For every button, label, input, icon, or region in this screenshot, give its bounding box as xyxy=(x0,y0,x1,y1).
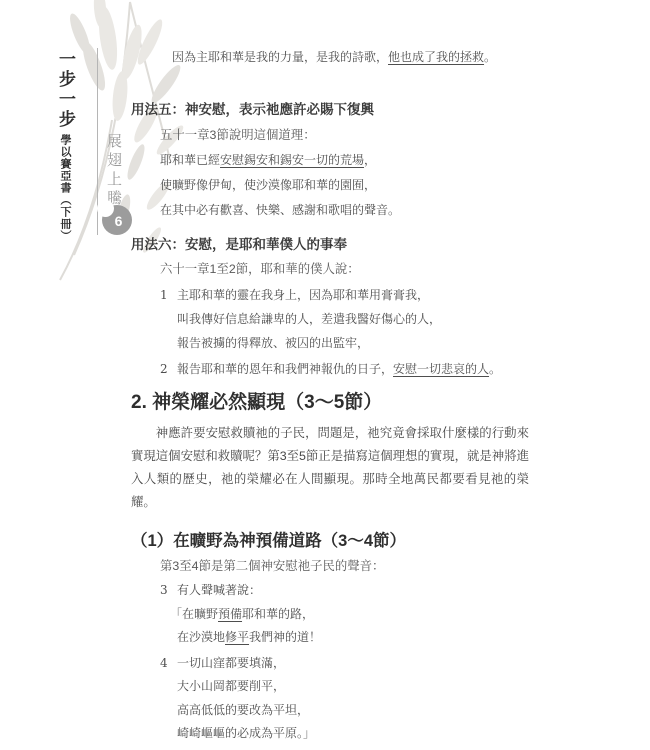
text-run: 使曠野像伊甸，使沙漠像耶和華的園囿， xyxy=(160,178,376,192)
text-run: 大小山岡都要削平， xyxy=(177,679,285,693)
verse-line: 報告被擄的得釋放、被囚的出監牢， xyxy=(160,331,529,355)
series-title: 一步一步 xyxy=(55,50,75,130)
usage5-intro: 五十一章3節說明這個道理： xyxy=(131,126,529,144)
badge-crescent-cutout xyxy=(97,200,114,217)
underlined-phrase: 安慰錫安和錫安一切的荒場 xyxy=(220,153,364,167)
text-run: 一切山窪都要填滿， xyxy=(177,656,285,670)
verse-text: 報告耶和華的恩年和我們神報仇的日子，安慰一切悲哀的人。 xyxy=(177,362,501,376)
text-run: 崎崎嶇嶇的必成為平原。」 xyxy=(177,726,315,740)
text-run: 在沙漠地 xyxy=(177,630,225,644)
verse-line: 3有人聲喊著說： xyxy=(160,579,529,603)
verse-line: 高高低低的要改為平坦， xyxy=(160,699,529,723)
text-run: 。 xyxy=(489,362,501,376)
verse-text: 一切山窪都要填滿， xyxy=(177,656,285,670)
section2-heading: 2. 神榮耀必然顯現（3～5節） xyxy=(131,391,529,415)
text-run: 我們神的道！ xyxy=(249,630,321,644)
verse-line: 1主耶和華的靈在我身上，因為耶和華用膏膏我， xyxy=(160,283,529,307)
verse-line: 4一切山窪都要填滿， xyxy=(160,652,529,676)
verse-number: 2 xyxy=(160,357,177,381)
text-run: 在其中必有歡喜、快樂、感謝和歌唱的聲音。 xyxy=(160,203,400,217)
verse-number: 3 xyxy=(160,579,177,603)
sidebar-tagline: 展翅上騰 xyxy=(104,133,125,209)
verse-block: 1主耶和華的靈在我身上，因為耶和華用膏膏我，叫我傳好信息給謙卑的人，差遣我醫好傷… xyxy=(160,283,529,355)
chapter-number-badge: 6 xyxy=(102,205,132,235)
main-text-column: 因為主耶和華是我的力量，是我的詩歌，他也成了我的拯救。 用法五：神安慰，表示祂應… xyxy=(131,0,529,746)
verse-block: 2報告耶和華的恩年和我們神報仇的日子，安慰一切悲哀的人。 xyxy=(160,357,529,381)
verse-line: 崎崎嶇嶇的必成為平原。」 xyxy=(160,722,529,746)
book-page: 一步一步學以賽亞書（下冊） 展翅上騰 6 因為主耶和華是我的力量，是我的詩歌，他… xyxy=(0,0,650,750)
text-run: 「在曠野 xyxy=(170,607,218,621)
verse-number: 4 xyxy=(160,652,177,676)
usage6-intro: 六十一章1至2節，耶和華的僕人說： xyxy=(131,260,529,278)
underlined-phrase: 預備 xyxy=(218,607,242,621)
subsection1-intro: 第3至4節是第二個神安慰祂子民的聲音： xyxy=(131,557,529,575)
underlined-phrase: 安慰一切悲哀的人 xyxy=(393,362,489,376)
text-run: 因為主耶和華是我的力量，是我的詩歌， xyxy=(172,50,388,64)
verse-block: 4一切山窪都要填滿，大小山岡都要削平，高高低低的要改為平坦，崎崎嶇嶇的必成為平原… xyxy=(160,652,529,746)
usage5-heading: 用法五：神安慰，表示祂應許必賜下復興 xyxy=(131,101,529,119)
verse-line: 在沙漠地修平我們神的道！ xyxy=(160,626,529,650)
scripture-line: 使曠野像伊甸，使沙漠像耶和華的園囿， xyxy=(160,173,529,198)
isaiah-61-verses: 1主耶和華的靈在我身上，因為耶和華用膏膏我，叫我傳好信息給謙卑的人，差遣我醫好傷… xyxy=(131,283,529,381)
verse-text: 大小山岡都要削平， xyxy=(177,679,285,693)
text-run: 報告耶和華的恩年和我們神報仇的日子， xyxy=(177,362,393,376)
text-run: 耶和華已經 xyxy=(160,153,220,167)
usage6-heading: 用法六：安慰，是耶和華僕人的事奉 xyxy=(131,236,529,254)
text-run: 。 xyxy=(484,50,496,64)
verse-block: 3有人聲喊著說：「在曠野預備耶和華的路，在沙漠地修平我們神的道！ xyxy=(160,579,529,650)
underlined-phrase: 修平 xyxy=(225,630,249,644)
verse-text: 在沙漠地修平我們神的道！ xyxy=(177,630,321,644)
verse-number: 1 xyxy=(160,283,177,307)
verse-line: 「在曠野預備耶和華的路， xyxy=(160,603,529,627)
verse-text: 叫我傳好信息給謙卑的人，差遣我醫好傷心的人， xyxy=(177,312,441,326)
text-run: 高高低低的要改為平坦， xyxy=(177,703,309,717)
chapter-number: 6 xyxy=(115,213,123,229)
isaiah-40-verses: 3有人聲喊著說：「在曠野預備耶和華的路，在沙漠地修平我們神的道！4一切山窪都要填… xyxy=(131,579,529,746)
text-run: 耶和華的路， xyxy=(242,607,314,621)
text-run: 叫我傳好信息給謙卑的人，差遣我醫好傷心的人， xyxy=(177,312,441,326)
verse-text: 報告被擄的得釋放、被囚的出監牢， xyxy=(177,336,369,350)
usage5-scripture-quote: 耶和華已經安慰錫安和錫安一切的荒場，使曠野像伊甸，使沙漠像耶和華的園囿，在其中必… xyxy=(131,148,529,223)
verse-line: 大小山岡都要削平， xyxy=(160,675,529,699)
text-run: 有人聲喊著說： xyxy=(177,583,261,597)
epigraph-quote: 因為主耶和華是我的力量，是我的詩歌，他也成了我的拯救。 xyxy=(131,49,529,65)
scripture-line: 耶和華已經安慰錫安和錫安一切的荒場， xyxy=(160,148,529,173)
verse-text: 主耶和華的靈在我身上，因為耶和華用膏膏我， xyxy=(177,288,429,302)
underlined-phrase: 他也成了我的拯救 xyxy=(388,50,484,64)
verse-line: 2報告耶和華的恩年和我們神報仇的日子，安慰一切悲哀的人。 xyxy=(160,357,529,381)
text-run: 主耶和華的靈在我身上，因為耶和華用膏膏我， xyxy=(177,288,429,302)
sidebar-book-title: 一步一步學以賽亞書（下冊） xyxy=(50,50,78,245)
text-run: 報告被擄的得釋放、被囚的出監牢， xyxy=(177,336,369,350)
verse-text: 高高低低的要改為平坦， xyxy=(177,703,309,717)
scripture-line: 在其中必有歡喜、快樂、感謝和歌唱的聲音。 xyxy=(160,198,529,223)
verse-line: 叫我傳好信息給謙卑的人，差遣我醫好傷心的人， xyxy=(160,307,529,331)
section2-paragraph: 神應許要安慰救贖祂的子民，問題是，祂究竟會採取什麼樣的行動來實現這個安慰和救贖呢… xyxy=(131,422,529,514)
text-run: ， xyxy=(364,153,376,167)
verse-text: 有人聲喊著說： xyxy=(177,583,261,597)
book-subtitle: 學以賽亞書（下冊） xyxy=(59,134,72,242)
verse-text: 「在曠野預備耶和華的路， xyxy=(177,603,314,627)
verse-text: 崎崎嶇嶇的必成為平原。」 xyxy=(177,726,315,740)
subsection1-heading: （1）在曠野為神預備道路（3～4節） xyxy=(131,530,529,552)
